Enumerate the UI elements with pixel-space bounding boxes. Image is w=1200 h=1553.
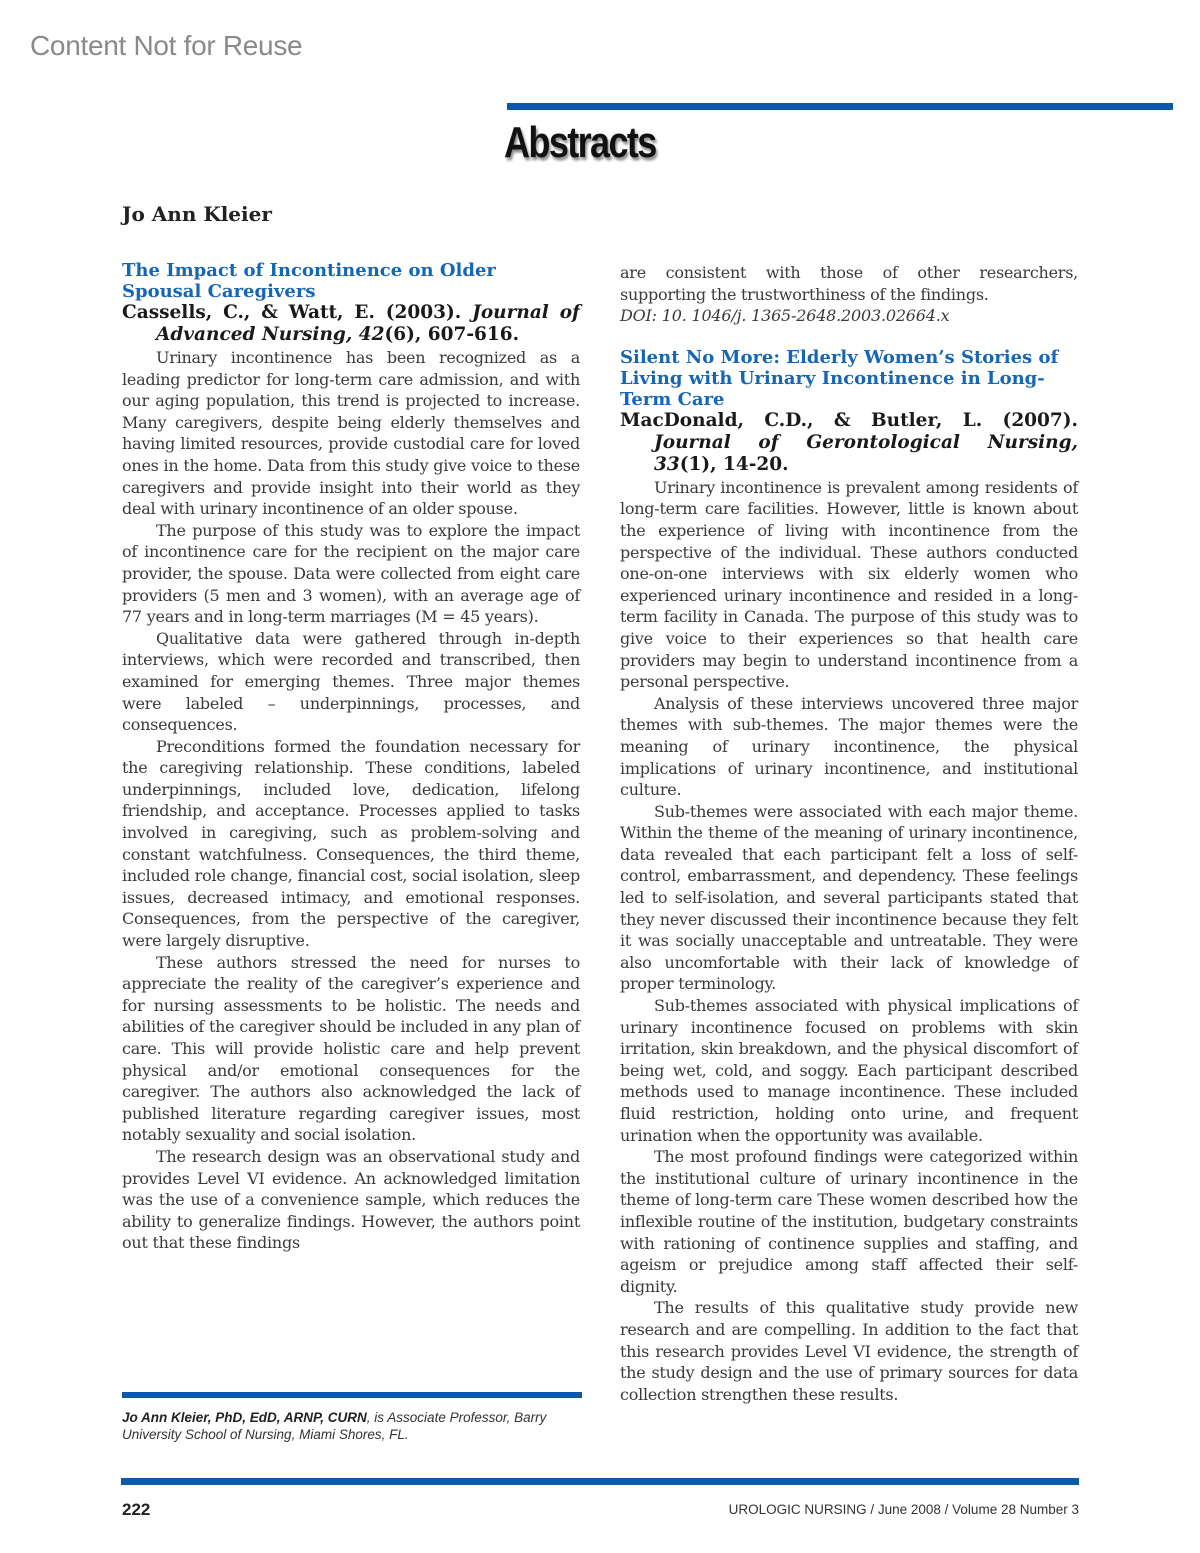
footer-rule (121, 1478, 1079, 1485)
bio-name: Jo Ann Kleier, PhD, EdD, ARNP, CURN (122, 1410, 367, 1425)
section-title: Abstracts (504, 118, 656, 168)
paragraph: Qualitative data were gathered through i… (122, 628, 580, 736)
column-author: Jo Ann Kleier (122, 202, 272, 226)
citation-volume-pages: (6), 607-616. (384, 324, 519, 345)
article-citation: MacDonald, C.D., & Butler, L. (2007). Jo… (620, 410, 1078, 476)
paragraph: Preconditions formed the foundation nece… (122, 736, 580, 952)
paragraph: Urinary incontinence is prevalent among … (620, 477, 1078, 693)
bio-rule (122, 1392, 582, 1398)
watermark: Content Not for Reuse (30, 30, 302, 62)
paragraph: The results of this qualitative study pr… (620, 1297, 1078, 1405)
author-bio: Jo Ann Kleier, PhD, EdD, ARNP, CURN, is … (122, 1409, 592, 1443)
article-title: The Impact of Incontinence on Older Spou… (122, 260, 580, 302)
paragraph: Urinary incontinence has been recognized… (122, 347, 580, 520)
citation-authors: Cassells, C., & Watt, E. (2003). (122, 302, 472, 323)
paragraph: Sub-themes were associated with each maj… (620, 801, 1078, 995)
header-rule (507, 103, 1173, 110)
article-2: Silent No More: Elderly Women’s Stories … (620, 347, 1078, 1406)
left-column: The Impact of Incontinence on Older Spou… (122, 260, 580, 1254)
article-doi: DOI: 10. 1046/j. 1365-2648.2003.02664.x (620, 305, 1078, 327)
paragraph-continued: are consistent with those of other resea… (620, 262, 1078, 305)
paragraph: Analysis of these interviews uncovered t… (620, 693, 1078, 801)
journal-footer: UROLOGIC NURSING / June 2008 / Volume 28… (729, 1502, 1079, 1517)
article-title: Silent No More: Elderly Women’s Stories … (620, 347, 1078, 410)
citation-volume-pages: (1), 14-20. (680, 454, 789, 475)
citation-authors: MacDonald, C.D., & Butler, L. (2007). (620, 410, 1078, 431)
article-citation: Cassells, C., & Watt, E. (2003). Journal… (122, 302, 580, 346)
paragraph: The purpose of this study was to explore… (122, 520, 580, 628)
paragraph: The research design was an observational… (122, 1146, 580, 1254)
page-number: 222 (122, 1500, 150, 1520)
right-column: are consistent with those of other resea… (620, 262, 1078, 1405)
paragraph: The most profound findings were categori… (620, 1146, 1078, 1297)
article-1: The Impact of Incontinence on Older Spou… (122, 260, 580, 1254)
paragraph: Sub-themes associated with physical impl… (620, 995, 1078, 1146)
paragraph: These authors stressed the need for nurs… (122, 952, 580, 1146)
